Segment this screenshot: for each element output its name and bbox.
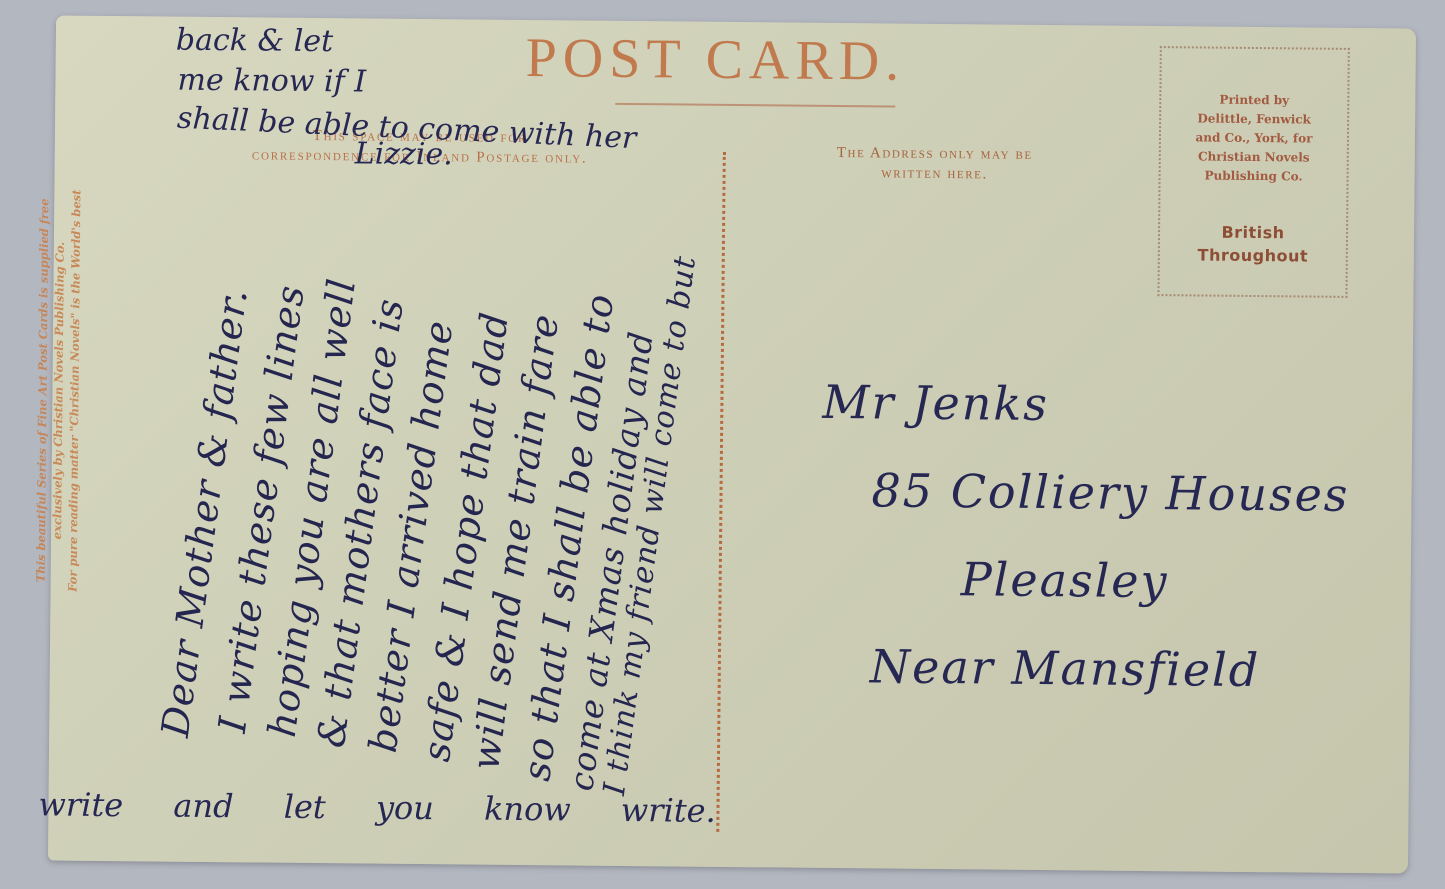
message-bottom-line: write and let you know write.: [38, 785, 716, 829]
printer-credit-line3: and Co., York, for: [1161, 128, 1347, 149]
address-street: 85 Colliery Houses: [871, 463, 1349, 522]
printer-credit-line2: Delittle, Fenwick: [1161, 109, 1347, 130]
printer-credit-line4: Christian Novels: [1161, 147, 1347, 168]
postcard: POST CARD. This space may be used for co…: [48, 15, 1416, 873]
title-underline: [615, 103, 895, 108]
address-town: Pleasley: [960, 552, 1168, 608]
address-region: Near Mansfield: [870, 639, 1261, 697]
address-name: Mr Jenks: [822, 375, 1049, 431]
brand-line2: Throughout: [1160, 243, 1346, 268]
dotted-divider: [716, 152, 726, 832]
signature: Lizzie.: [355, 136, 453, 172]
printer-credit-line1: Printed by: [1161, 90, 1347, 111]
british-throughout-label: British Throughout: [1160, 220, 1346, 268]
postcard-title: POST CARD.: [525, 26, 905, 94]
message-top-line1: back & let: [176, 23, 334, 60]
address-note-line2: written here.: [755, 162, 1115, 185]
brand-line1: British: [1160, 220, 1346, 245]
publisher-side-note: This beautiful Series of Fine Art Post C…: [31, 30, 86, 750]
printer-credit-line5: Publishing Co.: [1161, 166, 1347, 187]
stamp-box: Printed by Delittle, Fenwick and Co., Yo…: [1157, 46, 1349, 298]
message-top-line2: me know if I: [177, 63, 366, 100]
address-note: The Address only may be written here.: [755, 142, 1115, 185]
printer-credit: Printed by Delittle, Fenwick and Co., Yo…: [1161, 90, 1348, 187]
